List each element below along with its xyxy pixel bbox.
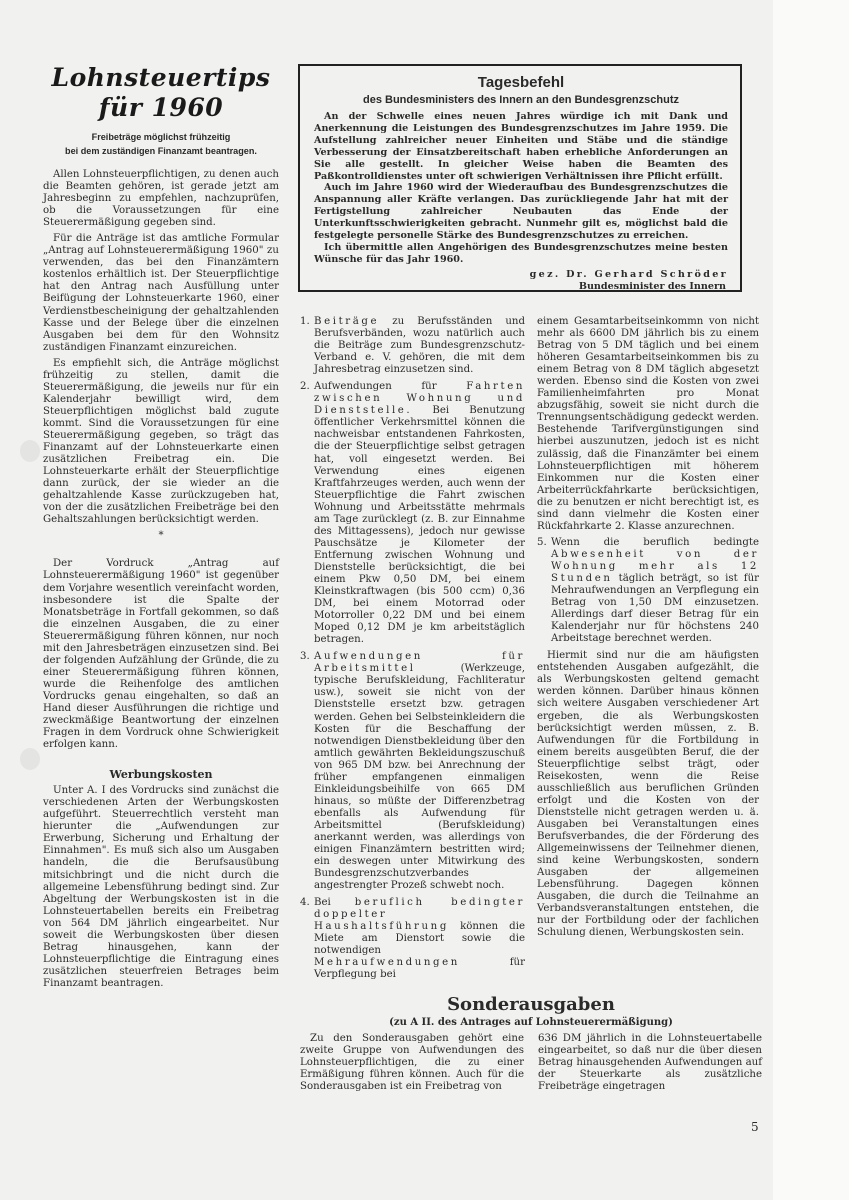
- paragraph: Es empfiehlt sich, die Anträge möglichst…: [43, 358, 279, 527]
- box-body: An der Schwelle eines neuen Jahres würdi…: [314, 111, 728, 266]
- signature-name: gez. Dr. Gerhard Schröder: [314, 269, 728, 281]
- item-lead: Beiträge: [314, 316, 379, 327]
- paragraph: Unter A. I des Vordrucks sind zunächst d…: [43, 785, 279, 990]
- section-subtitle: (zu A II. des Antrages auf Lohnsteuererm…: [300, 1016, 762, 1030]
- paragraph: Hiermit sind nur die am häufigsten entst…: [537, 650, 759, 939]
- section-title: Sonderausgaben: [300, 994, 762, 1016]
- werbungskosten-continued: einem Gesamtarbeitseinkommn von nicht me…: [537, 316, 759, 943]
- separator-asterisk: *: [43, 530, 279, 542]
- box-subtitle: des Bundesministers des Innern an den Bu…: [314, 94, 728, 107]
- newspaper-page: Lohnsteuertips für 1960 Freibeträge mögl…: [0, 0, 849, 1200]
- article-title: Lohnsteuertips für 1960: [43, 63, 279, 123]
- paragraph: Ich übermittle allen Angehörigen des Bun…: [314, 242, 728, 266]
- section-sonderausgaben: Sonderausgaben (zu A II. des Antrages au…: [300, 994, 762, 1093]
- paragraph: An der Schwelle eines neuen Jahres würdi…: [314, 111, 728, 182]
- punch-hole: [20, 440, 40, 462]
- list-item: 3. Aufwendungen für Arbeitsmittel (Werkz…: [300, 651, 525, 892]
- list-item: 4. Bei beruflich bedingter doppelter Hau…: [300, 897, 525, 981]
- box-title: Tagesbefehl: [314, 74, 728, 92]
- section-heading-werbungskosten: Werbungskosten: [43, 769, 279, 781]
- paragraph: 636 DM jährlich in die Lohnsteuertabelle…: [538, 1033, 762, 1093]
- paragraph: Allen Lohnsteuerpflichtigen, zu denen au…: [43, 169, 279, 229]
- paragraph: Auch im Jahre 1960 wird der Wiederaufbau…: [314, 182, 728, 242]
- paragraph: Zu den Sonderausgaben gehört eine zweite…: [300, 1033, 524, 1093]
- signature: gez. Dr. Gerhard Schröder Bundesminister…: [314, 269, 728, 293]
- werbungskosten-list: 1. Beiträge zu Berufsständen und Berufsv…: [300, 316, 525, 987]
- article-lohnsteuertips: Lohnsteuertips für 1960 Freibeträge mögl…: [43, 43, 279, 994]
- signature-role: Bundesminister des Innern: [314, 281, 728, 293]
- page-edge: [773, 0, 849, 1200]
- paragraph: Der Vordruck „Antrag auf Lohnsteuerermäß…: [43, 558, 279, 751]
- list-item: 1. Beiträge zu Berufsständen und Berufsv…: [300, 316, 525, 376]
- tagesbefehl-box: Tagesbefehl des Bundesministers des Inne…: [298, 64, 742, 292]
- punch-hole: [20, 748, 40, 770]
- article-subtitle: Freibeträge möglichst frühzeitig bei dem…: [49, 131, 273, 159]
- paragraph: Für die Anträge ist das amtliche Formula…: [43, 233, 279, 353]
- list-item: 5. Wenn die beruflich bedingte Abwesenhe…: [537, 537, 759, 645]
- page-number: 5: [751, 1120, 759, 1134]
- list-item: 2. Aufwendungen für Fahrten zwischen Woh…: [300, 381, 525, 646]
- paragraph: einem Gesamtarbeitseinkommn von nicht me…: [537, 316, 759, 533]
